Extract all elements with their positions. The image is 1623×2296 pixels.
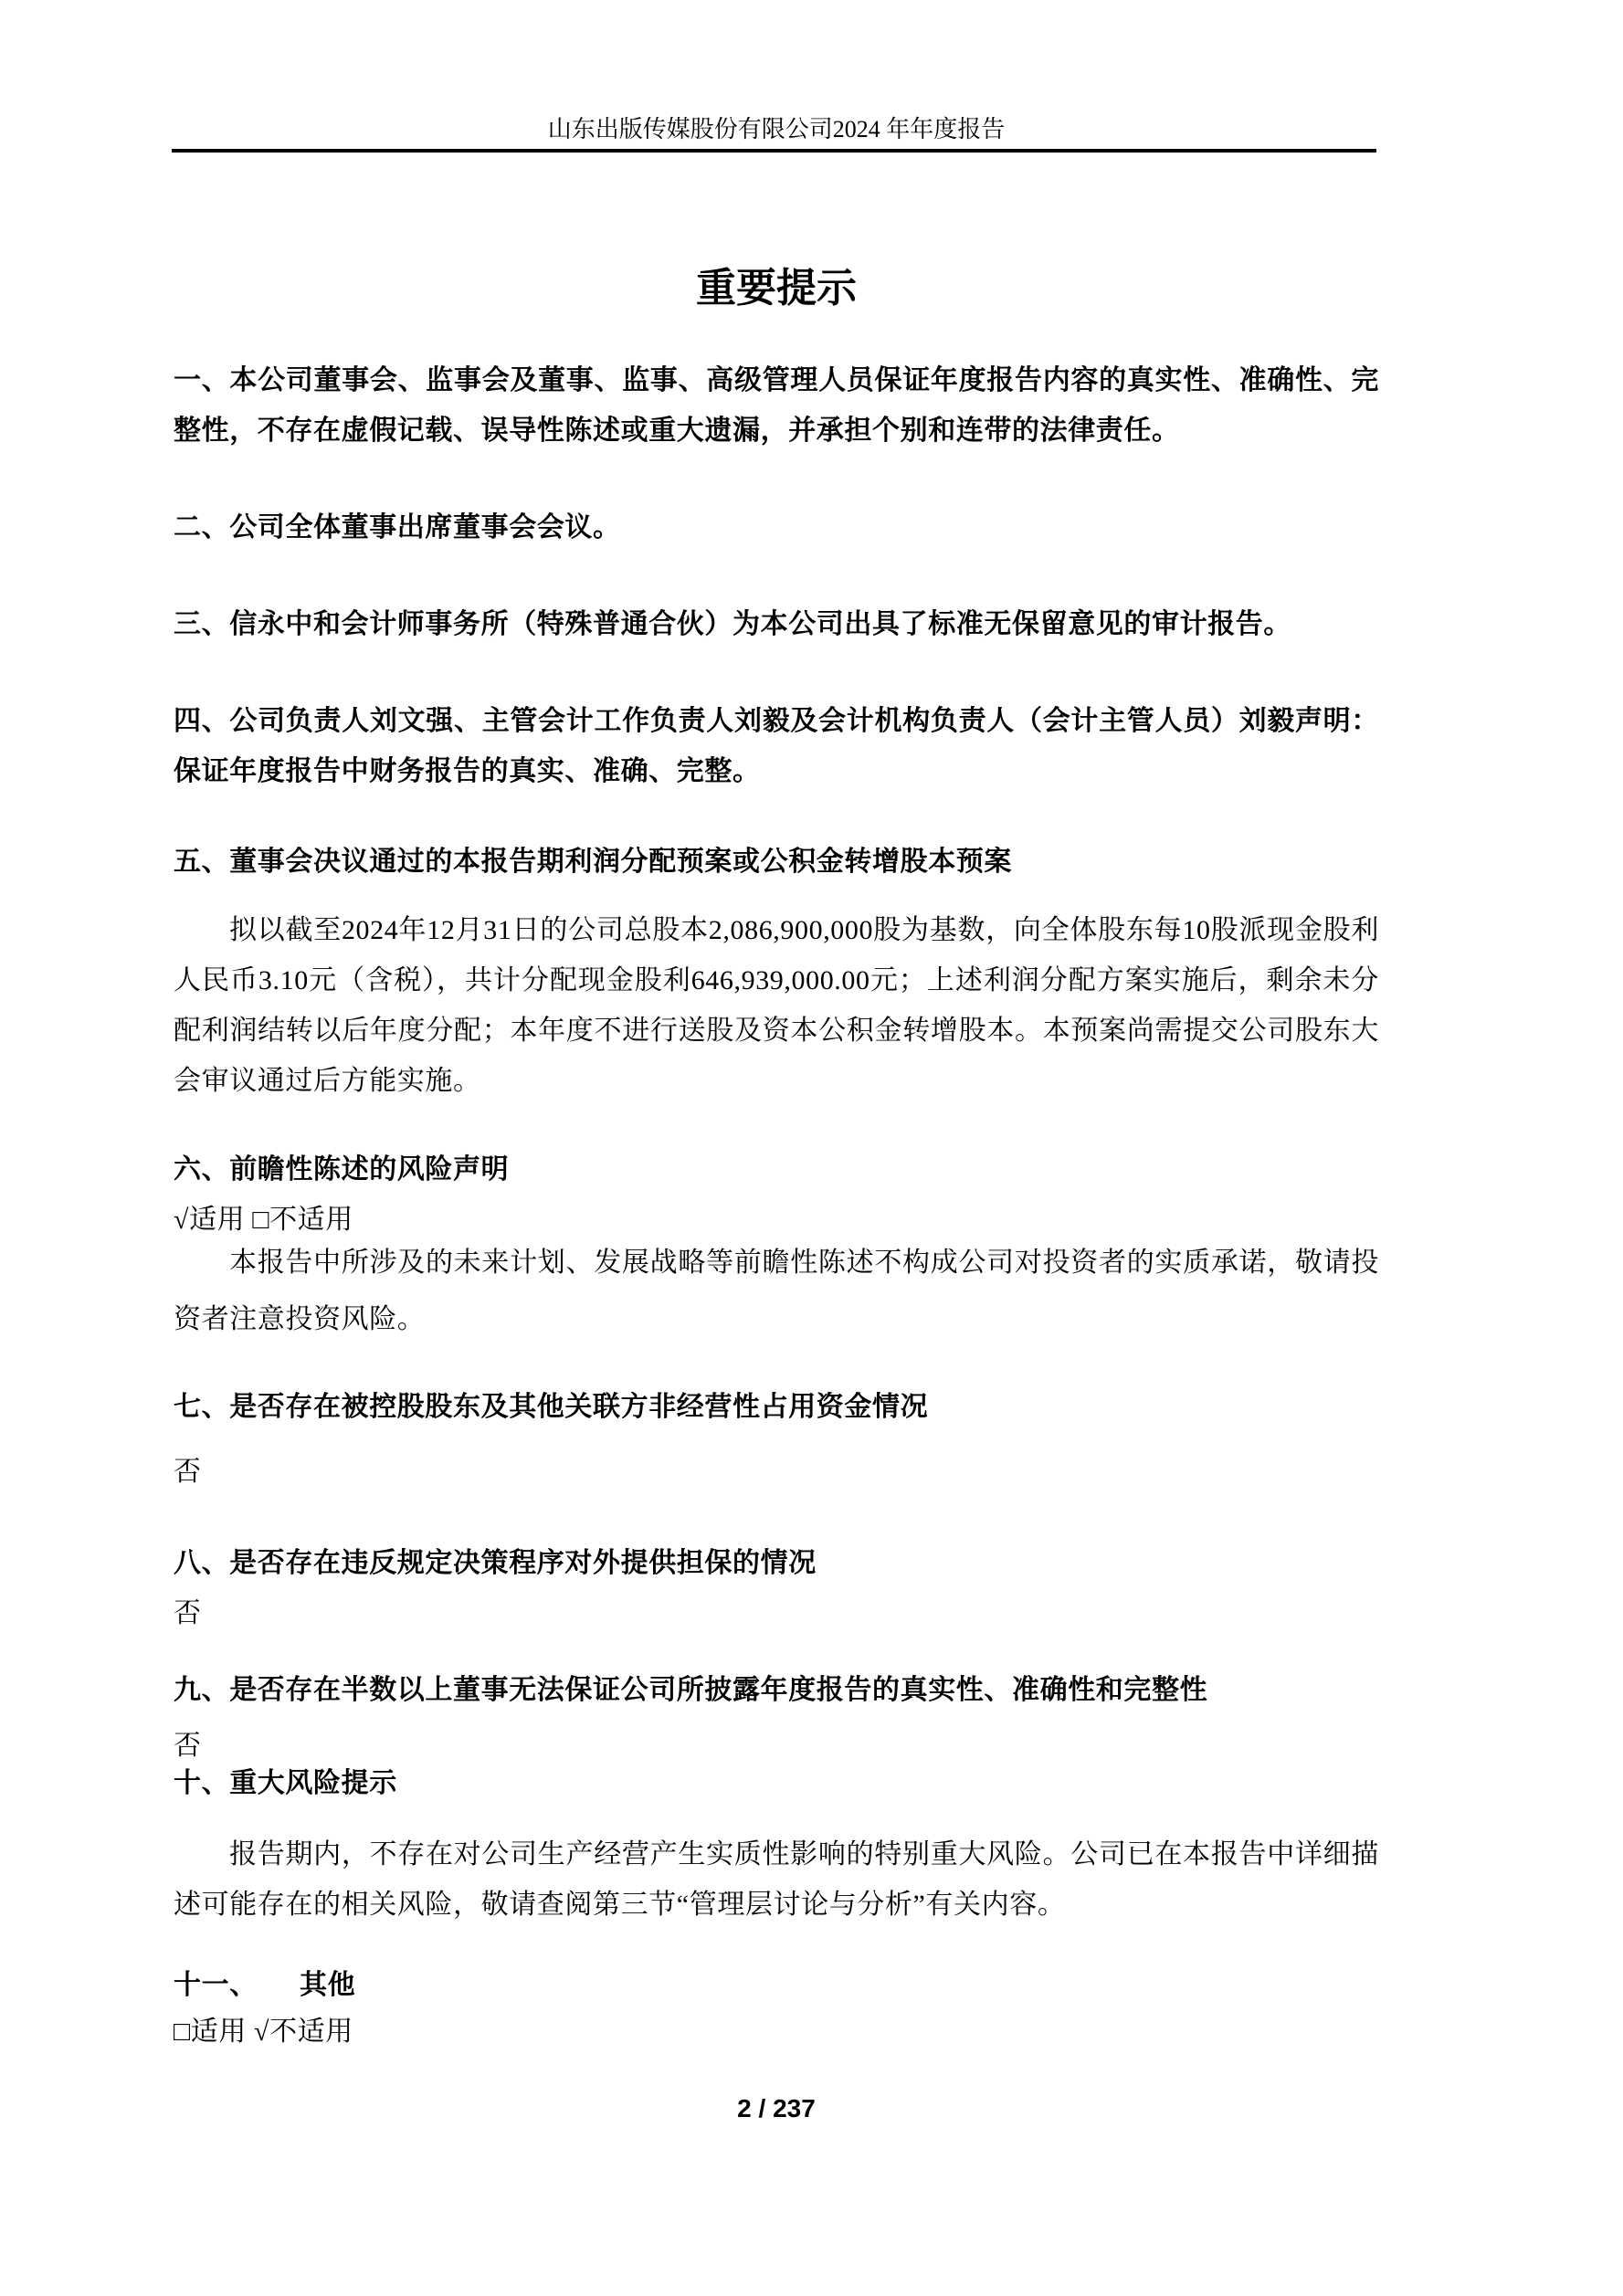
section-5-body: 拟以截至2024年12月31日的公司总股本2,086,900,000股为基数，向… xyxy=(174,905,1379,1106)
section-4-heading: 四、公司负责人刘文强、主管会计工作负责人刘毅及会计机构负责人（会计主管人员）刘毅… xyxy=(174,696,1379,796)
page-number: 2 / 237 xyxy=(174,2093,1379,2124)
header-divider xyxy=(172,149,1376,153)
section-3-heading: 三、信永中和会计师事务所（特殊普通合伙）为本公司出具了标准无保留意见的审计报告。 xyxy=(174,599,1379,649)
section-6-body: 本报告中所涉及的未来计划、发展战略等前瞻性陈述不构成公司对投资者的实质承诺，敬请… xyxy=(174,1235,1379,1348)
section-10-body: 报告期内，不存在对公司生产经营产生实质性影响的特别重大风险。公司已在本报告中详细… xyxy=(174,1829,1379,1930)
section-7-heading: 七、是否存在被控股股东及其他关联方非经营性占用资金情况 xyxy=(174,1382,1379,1432)
section-11-heading: 十一、 其他 xyxy=(174,1960,1379,2010)
section-5-heading: 五、董事会决议通过的本报告期利润分配预案或公积金转增股本预案 xyxy=(174,837,1379,887)
section-10-heading: 十、重大风险提示 xyxy=(174,1758,1379,1808)
section-9-heading: 九、是否存在半数以上董事无法保证公司所披露年度报告的真实性、准确性和完整性 xyxy=(174,1665,1379,1715)
section-2-heading: 二、公司全体董事出席董事会会议。 xyxy=(174,502,1379,553)
page-header-title: 山东出版传媒股份有限公司2024 年年度报告 xyxy=(174,115,1379,144)
section-7-answer: 否 xyxy=(174,1447,1379,1497)
document-title: 重要提示 xyxy=(174,265,1379,312)
section-11-applicability: □适用 √不适用 xyxy=(174,2006,1379,2057)
section-6-heading: 六、前瞻性陈述的风险声明 xyxy=(174,1144,1379,1195)
section-1-heading: 一、本公司董事会、监事会及董事、监事、高级管理人员保证年度报告内容的真实性、准确… xyxy=(174,355,1379,456)
report-page: 山东出版传媒股份有限公司2024 年年度报告 重要提示 一、本公司董事会、监事会… xyxy=(0,0,1623,2296)
section-8-answer: 否 xyxy=(174,1588,1379,1638)
section-8-heading: 八、是否存在违反规定决策程序对外提供担保的情况 xyxy=(174,1538,1379,1588)
